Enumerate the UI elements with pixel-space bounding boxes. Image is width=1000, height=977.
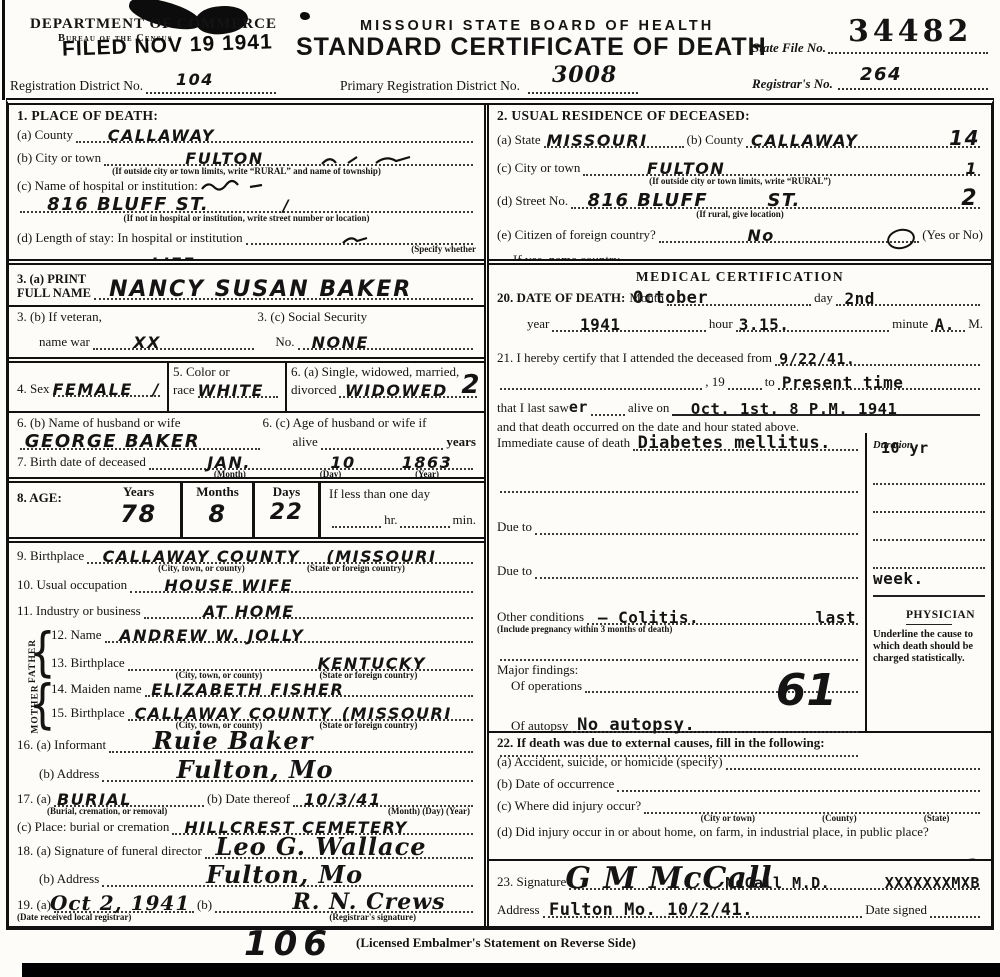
fill-line bbox=[644, 798, 980, 814]
father-name-value: ANDREW W. JOLLY bbox=[119, 626, 304, 645]
death-occurred-label: and that death occurred on the date and … bbox=[497, 420, 983, 433]
fill-line: Diabetes mellitus. bbox=[633, 435, 858, 451]
fill-line: CALLAWAY COUNTY (MISSOURI bbox=[128, 705, 473, 721]
burial-date-note: (Month) (Day) (Year) bbox=[388, 807, 470, 817]
of-autopsy-label: Of autopsy bbox=[511, 719, 568, 734]
fill-line: FULTON 1 bbox=[583, 160, 980, 176]
right-column: 2. USUAL RESIDENCE OF DECEASED: (a) Stat… bbox=[489, 105, 991, 926]
street-value2: ST. bbox=[767, 190, 801, 211]
external-causes-title: 22. If death was due to external causes,… bbox=[497, 736, 983, 751]
death-year-value: 1941 bbox=[580, 315, 621, 334]
circle-mark bbox=[885, 226, 917, 251]
physician-signature-typed: McCall M.D. bbox=[725, 874, 830, 892]
section-certification: 21. I hereby certify that I attended the… bbox=[489, 347, 991, 433]
board-title: MISSOURI STATE BOARD OF HEALTH bbox=[360, 18, 714, 34]
md-or-other-struck: XXXXXXXMXB bbox=[885, 874, 980, 892]
fill-line: — Colitis. last bbox=[587, 609, 858, 625]
birth-day: 10 bbox=[330, 453, 355, 472]
state-value: MISSOURI bbox=[546, 131, 647, 150]
stray-mark bbox=[337, 233, 377, 247]
attended-from-value: 9/22/41. bbox=[779, 350, 855, 368]
fill-line bbox=[728, 374, 762, 390]
spouse-value: GEORGE BAKER bbox=[25, 431, 200, 452]
sex-value: FEMALE bbox=[53, 380, 133, 399]
fill-line bbox=[500, 645, 858, 661]
county-label: (a) County bbox=[17, 128, 73, 143]
marital-value: WIDOWED bbox=[345, 381, 448, 400]
birthdate-label: 7. Birth date of deceased bbox=[17, 455, 146, 470]
ssn-value: NONE bbox=[312, 333, 369, 352]
sex-label: 4. Sex bbox=[17, 382, 50, 397]
city-note: (If outside city or town limits, write “… bbox=[17, 167, 476, 177]
industry-value: AT HOME bbox=[203, 602, 295, 621]
registrar-sig-label: (b) bbox=[197, 898, 212, 913]
name-war-label: name war bbox=[39, 335, 90, 350]
birth-month: JAN. bbox=[207, 453, 251, 472]
date-thereof-label: (b) Date thereof bbox=[207, 792, 290, 807]
certificate-title: STANDARD CERTIFICATE OF DEATH bbox=[296, 33, 767, 62]
race-label: race bbox=[173, 383, 195, 398]
occurrence-date-label: (b) Date of occurrence bbox=[497, 777, 614, 792]
fill-line: No bbox=[659, 227, 919, 243]
res-city-label: (c) City or town bbox=[497, 161, 580, 176]
fill-line: KENTUCKY bbox=[128, 655, 473, 671]
fill-line bbox=[726, 754, 980, 770]
fill-line: NONE bbox=[298, 334, 473, 350]
director-address-value: Fulton, Mo bbox=[206, 860, 363, 889]
fill-line: 10/3/41 bbox=[293, 791, 473, 807]
immediate-cause-label: Immediate cause of death bbox=[497, 436, 630, 451]
fill-line: Leo G. Wallace bbox=[205, 843, 473, 859]
other-conditions-value: — Colitis. bbox=[598, 608, 699, 627]
scan-edge bbox=[2, 0, 5, 100]
min-label: min. bbox=[453, 513, 476, 528]
fill-line: A. bbox=[931, 316, 965, 332]
death-ampm-value: A. bbox=[935, 315, 955, 334]
fill-line: 1941 bbox=[552, 316, 705, 332]
fill-line bbox=[530, 847, 980, 861]
age-days-label: Days bbox=[259, 485, 314, 500]
certificate-header: DEPARTMENT OF COMMERCE Bureau of the Cen… bbox=[0, 0, 1000, 98]
yes-no-note: (Yes or No) bbox=[922, 228, 983, 243]
fill-line: Oct 2, 1941 bbox=[54, 897, 194, 913]
section-lower-left: 9. Birthplace CALLAWAY COUNTY (MISSOURI … bbox=[9, 543, 484, 926]
stray-mark-two: 2 bbox=[461, 370, 481, 400]
fill-line: 816 BLUFF ST. 2 bbox=[571, 193, 980, 209]
section-title: 1. PLACE OF DEATH: bbox=[17, 108, 476, 124]
age-months-label: Months bbox=[187, 485, 248, 500]
informant-address-label: (b) Address bbox=[39, 767, 99, 782]
medical-title: MEDICAL CERTIFICATION bbox=[636, 269, 844, 284]
scan-edge-bar bbox=[22, 963, 1000, 977]
death-month-value: October bbox=[633, 288, 708, 308]
city-or-town-note: (City or town) bbox=[701, 814, 755, 824]
age-years-label: Years bbox=[101, 485, 176, 500]
page-number-mark: 106 bbox=[244, 924, 333, 964]
father-birthplace-value: KENTUCKY bbox=[318, 654, 426, 673]
fill-line: AT HOME bbox=[144, 603, 473, 619]
fill-line: HOUSE WIFE bbox=[130, 577, 473, 593]
city-value: FULTON bbox=[185, 149, 263, 168]
fill-line: MISSOURI bbox=[544, 132, 684, 148]
fill-line: XX bbox=[93, 334, 255, 350]
fill-line bbox=[838, 88, 988, 90]
birthplace-label: 9. Birthplace bbox=[17, 549, 84, 564]
funeral-director-label: 18. (a) Signature of funeral director bbox=[17, 844, 202, 859]
citizen-label: (e) Citizen of foreign country? bbox=[497, 228, 656, 243]
community-value: LIFE bbox=[151, 254, 195, 265]
res-city-mark: 1 bbox=[965, 159, 978, 178]
medical-certification-header: MEDICAL CERTIFICATION bbox=[489, 265, 991, 287]
res-county-label: (b) County bbox=[687, 133, 744, 148]
spouse-age-label: 6. (c) Age of husband or wife if bbox=[263, 416, 476, 431]
fill-line bbox=[591, 400, 625, 416]
stray-mark bbox=[318, 154, 428, 168]
due-to-label: Due to bbox=[497, 520, 532, 535]
fill-line bbox=[535, 519, 858, 535]
citizen-value: No bbox=[747, 226, 774, 245]
mother-brace: { bbox=[29, 673, 56, 734]
embalmer-note: (Licensed Embalmer's Statement on Revers… bbox=[356, 936, 636, 951]
res-city-value: FULTON bbox=[647, 159, 725, 178]
of-operations-label: Of operations bbox=[511, 679, 582, 694]
res-city-note: (If outside city or town limits, write “… bbox=[497, 177, 983, 187]
fill-line: 9/22/41. bbox=[775, 350, 980, 366]
fill-line: October bbox=[667, 290, 811, 306]
state-file-number: 34482 bbox=[848, 14, 972, 49]
section-place-of-death: 1. PLACE OF DEATH: (a) County CALLAWAY (… bbox=[9, 105, 484, 265]
fill-line: G M McCall McCall M.D. XXXXXXXMXB bbox=[569, 874, 980, 890]
received-label: 19. (a) bbox=[17, 898, 51, 913]
certificate-body: 1. PLACE OF DEATH: (a) County CALLAWAY (… bbox=[6, 98, 994, 930]
mother-birthplace-value: CALLAWAY COUNTY bbox=[135, 704, 333, 723]
injury-where-label: (c) Where did injury occur? bbox=[497, 799, 641, 814]
section-veteran-ssn: 3. (b) If veteran, name war XX 3. (c) So… bbox=[9, 307, 484, 363]
fill-line: ELIZABETH FISHER bbox=[145, 681, 473, 697]
registrar-no-value: 264 bbox=[860, 64, 902, 85]
section-sex-race-marital: 4. Sex FEMALE / 5. Color or race bbox=[9, 363, 484, 413]
street-value: 816 BLUFF bbox=[587, 190, 708, 211]
birthplace-state-value: (MISSOURI bbox=[326, 547, 436, 566]
res-county-value: CALLAWAY bbox=[751, 131, 858, 150]
fill-line: Fulton, Mo bbox=[102, 766, 473, 782]
death-hour-value: 3.15. bbox=[739, 315, 790, 334]
county-value: CALLAWAY bbox=[108, 126, 215, 145]
fill-line bbox=[500, 374, 702, 390]
fill-line bbox=[332, 512, 381, 528]
age-days-value: 22 bbox=[259, 500, 314, 525]
section-full-name: 3. (a) PRINTFULL NAME NANCY SUSAN BAKER bbox=[9, 265, 484, 307]
mother-name-value: ELIZABETH FISHER bbox=[151, 680, 344, 699]
full-name-value: NANCY SUSAN BAKER bbox=[109, 277, 412, 302]
section-title: 2. USUAL RESIDENCE OF DECEASED: bbox=[497, 108, 983, 124]
veteran-value: XX bbox=[133, 333, 161, 352]
fill-line bbox=[400, 512, 449, 528]
primary-district-label: Primary Registration District No. bbox=[340, 78, 520, 93]
specify-note: (Specify whether bbox=[17, 245, 476, 255]
mother-birthplace-label: 15. Birthplace bbox=[51, 706, 125, 721]
fill-line bbox=[828, 52, 988, 54]
section-date-of-death: 20. DATE OF DEATH: Month October day 2nd… bbox=[489, 287, 991, 347]
physician-address-value: Fulton Mo. 10/2/41. bbox=[549, 900, 753, 920]
father-name-label: 12. Name bbox=[51, 628, 102, 643]
fill-line: ANDREW W. JOLLY bbox=[105, 627, 473, 643]
nineteen-label: , 19 bbox=[705, 375, 725, 390]
state-file-label: State File No. bbox=[752, 40, 826, 56]
section-spouse-birthdate: 6. (b) Name of husband or wife GEORGE BA… bbox=[9, 413, 484, 483]
date-of-death-label: 20. DATE OF DEATH: bbox=[497, 291, 625, 306]
fill-line: WHITE bbox=[198, 382, 278, 398]
fill-line: CALLAWAY bbox=[76, 127, 473, 143]
less-than-day-label: If less than one day bbox=[329, 487, 476, 502]
fill-line: 816 BLUFF ST. / bbox=[20, 197, 473, 213]
other-conditions-last: last bbox=[815, 608, 856, 627]
age-months-value: 8 bbox=[187, 500, 248, 528]
last-seen-value: Oct. 1st. 8 P.M. 1941 bbox=[691, 400, 897, 418]
fill-line: Present time bbox=[778, 374, 980, 390]
fill-line bbox=[617, 776, 980, 792]
fill-line bbox=[873, 457, 985, 485]
hospital-note: (If not in hospital or institution, writ… bbox=[17, 214, 476, 224]
certificate-footer: 106 (Licensed Embalmer's Statement on Re… bbox=[6, 930, 994, 963]
section-external-causes: 22. If death was due to external causes,… bbox=[489, 733, 991, 861]
cause-left: Immediate cause of death Diabetes mellit… bbox=[489, 433, 865, 731]
race-value: WHITE bbox=[198, 381, 264, 400]
street-mark: 2 bbox=[961, 186, 978, 211]
due-to-label: Due to bbox=[497, 564, 532, 579]
last-saw-label: that I last saw bbox=[497, 401, 569, 416]
ssn-label: 3. (c) Social Security bbox=[257, 310, 476, 325]
fill-line: BURIAL bbox=[54, 791, 204, 807]
burial-place-label: (c) Place: burial or cremation bbox=[17, 820, 169, 835]
years-suffix: years bbox=[446, 435, 476, 450]
age-label: 8. AGE: bbox=[17, 491, 93, 506]
funeral-director-value: Leo G. Wallace bbox=[216, 832, 427, 861]
ink-blot bbox=[300, 12, 310, 20]
alive-label: alive bbox=[293, 435, 318, 450]
fill-line bbox=[246, 229, 473, 245]
registrar-signature-value: R. N. Crews bbox=[292, 889, 445, 915]
hr-label: hr. bbox=[384, 513, 397, 528]
fill-line bbox=[528, 92, 638, 94]
fill-line: Fulton Mo. 10/2/41. bbox=[543, 902, 863, 918]
informant-label: 16. (a) Informant bbox=[17, 738, 106, 753]
fill-line bbox=[146, 92, 276, 94]
fill-line bbox=[623, 252, 980, 265]
fill-line: Ruie Baker bbox=[109, 737, 473, 753]
day-label: day bbox=[814, 291, 833, 306]
fill-line: FULTON bbox=[104, 150, 473, 166]
minute-label: minute bbox=[892, 317, 928, 332]
father-group: FATHER { 12. Name ANDREW W. JOLLY 13. Bi… bbox=[17, 627, 476, 681]
other-conditions-label: Other conditions bbox=[497, 610, 584, 625]
color-race-label: 5. Color or bbox=[173, 365, 281, 380]
burial-date-value: 10/3/41 bbox=[304, 790, 382, 809]
received-date-value: Oct 2, 1941 bbox=[50, 891, 190, 915]
burial-value: BURIAL bbox=[57, 790, 132, 809]
fill-line: GEORGE BAKER bbox=[20, 434, 260, 450]
accident-label: (a) Accident, suicide, or homicide (spec… bbox=[497, 755, 723, 770]
registrar-no-label: Registrar's No. bbox=[752, 76, 833, 92]
hospital-label: (c) Name of hospital or institution: bbox=[17, 179, 198, 194]
to-label: to bbox=[765, 375, 775, 390]
fill-line: 3.15. bbox=[736, 316, 889, 332]
city-label: (b) City or town bbox=[17, 151, 101, 166]
fill-line: R. N. Crews bbox=[215, 897, 473, 913]
fill-line bbox=[500, 477, 858, 493]
stat-code-mark: 61 bbox=[776, 665, 837, 716]
occupation-value: HOUSE WIFE bbox=[164, 576, 292, 595]
community-label: In this community bbox=[17, 257, 112, 265]
spouse-label: 6. (b) Name of husband or wife bbox=[17, 416, 263, 431]
mother-name-label: 14. Maiden name bbox=[51, 682, 142, 697]
certify-label: 21. I hereby certify that I attended the… bbox=[497, 351, 772, 366]
veteran-label: 3. (b) If veteran, bbox=[17, 310, 257, 325]
fill-line bbox=[321, 434, 444, 450]
stray-mark-one: / bbox=[153, 380, 160, 399]
hour-label: hour bbox=[709, 317, 733, 332]
state-label: (a) State bbox=[497, 133, 541, 148]
divorced-label: divorced bbox=[291, 383, 336, 398]
cause-of-death-block: Immediate cause of death Diabetes mellit… bbox=[489, 433, 991, 733]
mother-group: MOTHER { 14. Maiden name ELIZABETH FISHE… bbox=[17, 681, 476, 731]
fill-line: 2nd bbox=[836, 290, 980, 306]
physician-address-label: Address bbox=[497, 903, 540, 918]
county-note: (County) bbox=[822, 814, 857, 824]
date-signed-label: Date signed bbox=[865, 903, 927, 918]
fill-line: FEMALE / bbox=[53, 381, 161, 397]
burial-label: 17. (a) bbox=[17, 792, 51, 807]
res-county-mark: 14 bbox=[949, 126, 980, 150]
reg-district-value: 104 bbox=[176, 70, 214, 89]
fill-line: NANCY SUSAN BAKER bbox=[94, 274, 473, 300]
other-conditions-week: week. bbox=[873, 569, 924, 588]
fill-line: LIFE bbox=[115, 255, 473, 265]
primary-district-value: 3008 bbox=[552, 62, 617, 88]
reg-district-label: Registration District No. bbox=[10, 78, 143, 93]
fill-line bbox=[873, 513, 985, 541]
fill-line: JAN. 10 1863 bbox=[149, 454, 473, 470]
state-note: (State) bbox=[924, 814, 950, 824]
name-country-label: If yes, name country bbox=[513, 253, 620, 265]
her-typed: er bbox=[569, 398, 588, 416]
fill-line bbox=[873, 541, 985, 569]
fill-line bbox=[535, 563, 858, 579]
street-label: (d) Street No. bbox=[497, 194, 568, 209]
signature-label: 23. Signature bbox=[497, 875, 566, 890]
father-birthplace-label: 13. Birthplace bbox=[51, 656, 125, 671]
length-of-stay-label: (d) Length of stay: In hospital or insti… bbox=[17, 231, 243, 246]
section-physician-signature: 23. Signature G M McCall McCall M.D. XXX… bbox=[489, 861, 991, 926]
fill-line bbox=[930, 902, 980, 918]
fill-line: No autopsy. bbox=[571, 717, 858, 733]
stray-mark-one: / bbox=[283, 196, 290, 215]
street-note: (If rural, give location) bbox=[497, 210, 983, 220]
stray-mark bbox=[198, 179, 268, 193]
fill-line: CALLAWAY 14 bbox=[746, 132, 980, 148]
ssn-no-label: No. bbox=[275, 335, 294, 350]
marital-label: 6. (a) Single, widowed, married, bbox=[291, 365, 480, 380]
year-label: year bbox=[527, 317, 549, 332]
occupation-label: 10. Usual occupation bbox=[17, 578, 127, 593]
fill-line: CALLAWAY COUNTY (MISSOURI bbox=[87, 548, 473, 564]
fill-line: Oct. 1st. 8 P.M. 1941 bbox=[672, 400, 980, 416]
section-age: 8. AGE: Years 78 Months 8 Days 22 bbox=[9, 483, 484, 543]
mother-birthplace-state: (MISSOURI bbox=[342, 704, 452, 723]
death-certificate-scan: DEPARTMENT OF COMMERCE Bureau of the Cen… bbox=[0, 0, 1000, 977]
physician-note: Underline the cause to which death shoul… bbox=[873, 629, 985, 665]
death-day-value: 2nd bbox=[845, 289, 875, 308]
informant-address-value: Fulton, Mo bbox=[176, 755, 333, 784]
age-years-value: 78 bbox=[101, 500, 176, 528]
director-address-label: (b) Address bbox=[39, 872, 99, 887]
hospital-street-value: 816 BLUFF ST. bbox=[47, 194, 209, 215]
physician-heading: PHYSICIAN bbox=[906, 609, 952, 625]
industry-label: 11. Industry or business bbox=[17, 604, 141, 619]
m-label: M. bbox=[968, 317, 983, 332]
fill-line: WIDOWED 2 bbox=[339, 382, 477, 398]
fill-line bbox=[873, 485, 985, 513]
injury-home-label: (d) Did injury occur in or about home, o… bbox=[497, 825, 983, 840]
birthplace-value: CALLAWAY COUNTY bbox=[103, 547, 301, 566]
duration-value: 10 yr bbox=[881, 439, 929, 457]
attended-to-value: Present time bbox=[782, 373, 904, 392]
fill-line: Fulton, Mo bbox=[102, 871, 473, 887]
section-usual-residence: 2. USUAL RESIDENCE OF DECEASED: (a) Stat… bbox=[489, 105, 991, 265]
print-full-name-label: 3. (a) PRINTFULL NAME bbox=[17, 273, 91, 299]
alive-on-label: alive on bbox=[628, 401, 670, 416]
duration-column: Duration 10 yr week. PHYSICIAN Underline… bbox=[865, 433, 991, 731]
informant-value: Ruie Baker bbox=[153, 726, 314, 755]
left-column: 1. PLACE OF DEATH: (a) County CALLAWAY (… bbox=[9, 105, 489, 926]
birth-year: 1863 bbox=[402, 453, 453, 472]
immediate-cause-value: Diabetes mellitus. bbox=[638, 433, 831, 453]
